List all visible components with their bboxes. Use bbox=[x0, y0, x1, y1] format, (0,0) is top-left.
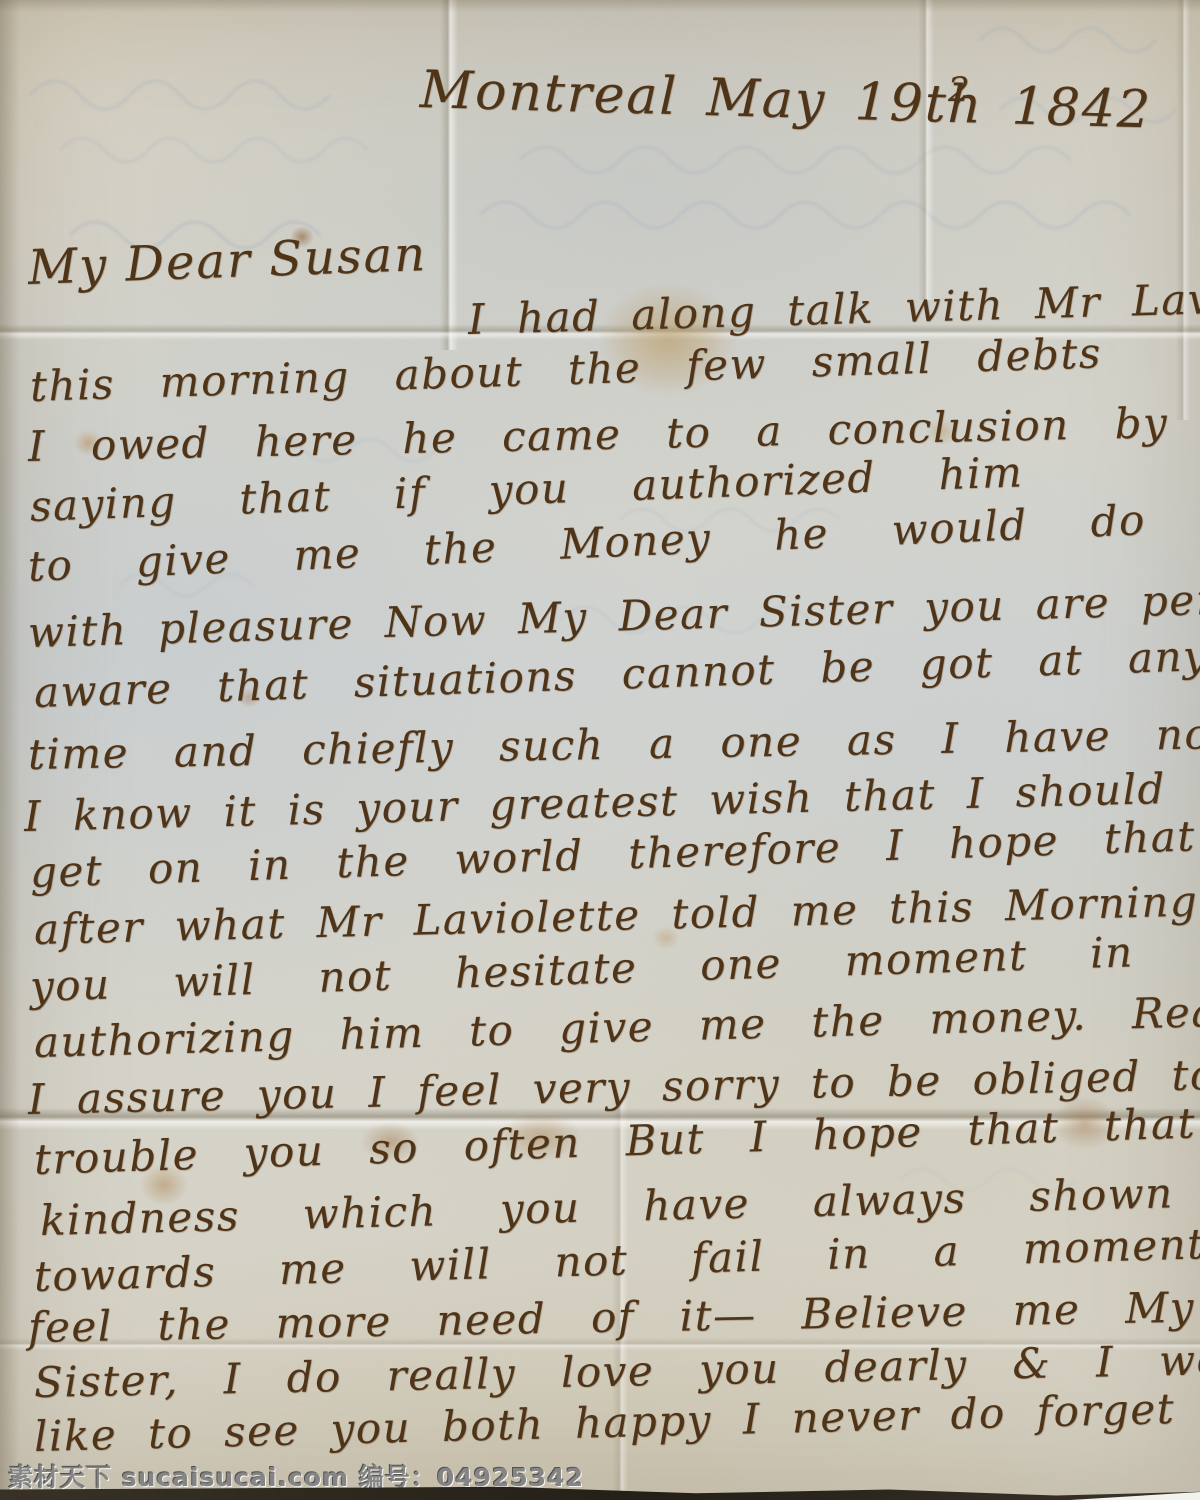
letter-scan-page: Montreal May 19th 1842 2 My Dear Susan I… bbox=[0, 0, 1200, 1500]
page-number: 2 bbox=[948, 70, 970, 110]
salutation: My Dear Susan bbox=[27, 226, 428, 296]
paper-edge-shadow bbox=[0, 0, 1200, 12]
paper-edge-shadow bbox=[0, 0, 20, 1500]
dateline: Montreal May 19th 1842 bbox=[419, 60, 1153, 140]
fold-crease-vertical bbox=[1176, 0, 1190, 420]
fold-crease-vertical bbox=[918, 0, 934, 300]
fold-crease-vertical bbox=[440, 0, 458, 350]
